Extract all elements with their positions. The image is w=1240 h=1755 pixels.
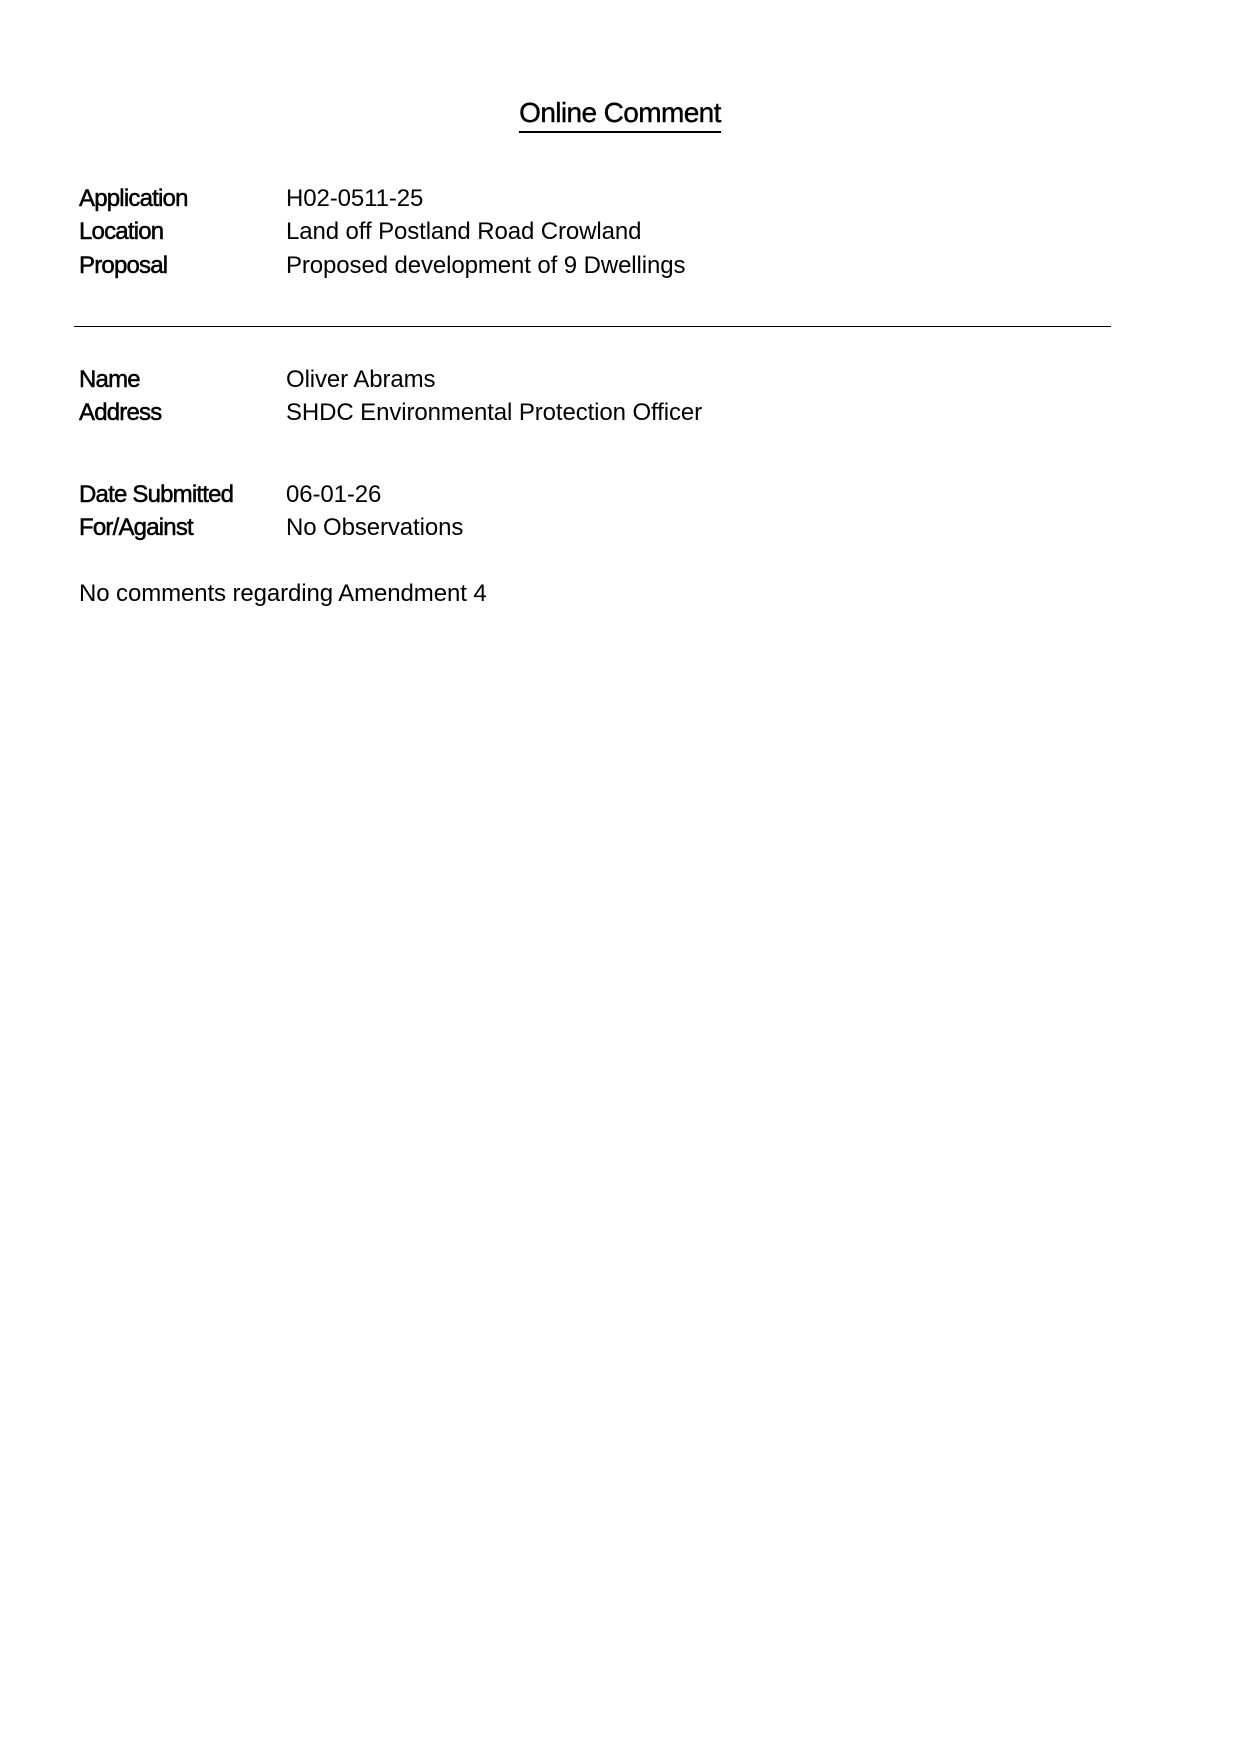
field-value: Oliver Abrams: [286, 366, 435, 394]
section-divider: [74, 326, 1111, 327]
field-row-address: Address SHDC Environmental Protection Of…: [79, 397, 702, 431]
field-row-for-against: For/Against No Observations: [79, 512, 463, 546]
field-row-location: Location Land off Postland Road Crowland: [79, 216, 685, 250]
field-label: Location: [79, 218, 286, 246]
field-row-date-submitted: Date Submitted 06-01-26: [79, 478, 463, 512]
field-label: Address: [79, 399, 286, 427]
comment-body: No comments regarding Amendment 4: [79, 580, 487, 608]
field-value: 06-01-26: [286, 481, 381, 509]
field-value: Proposed development of 9 Dwellings: [286, 252, 685, 280]
field-row-proposal: Proposal Proposed development of 9 Dwell…: [79, 249, 685, 283]
field-value: Land off Postland Road Crowland: [286, 218, 641, 246]
field-label: Application: [79, 185, 286, 213]
application-details: Application H02-0511-25 Location Land of…: [79, 182, 685, 283]
field-label: Proposal: [79, 252, 286, 280]
field-row-name: Name Oliver Abrams: [79, 363, 702, 397]
field-label: Name: [79, 366, 286, 394]
field-row-application: Application H02-0511-25: [79, 182, 685, 216]
submission-details: Date Submitted 06-01-26 For/Against No O…: [79, 478, 463, 545]
field-label: For/Against: [79, 514, 286, 542]
document-title: Online Comment: [0, 96, 1240, 133]
field-label: Date Submitted: [79, 481, 286, 509]
field-value: No Observations: [286, 514, 463, 542]
field-value: H02-0511-25: [286, 185, 423, 213]
document-title-text: Online Comment: [519, 96, 721, 133]
field-value: SHDC Environmental Protection Officer: [286, 399, 702, 427]
commenter-details: Name Oliver Abrams Address SHDC Environm…: [79, 363, 702, 430]
